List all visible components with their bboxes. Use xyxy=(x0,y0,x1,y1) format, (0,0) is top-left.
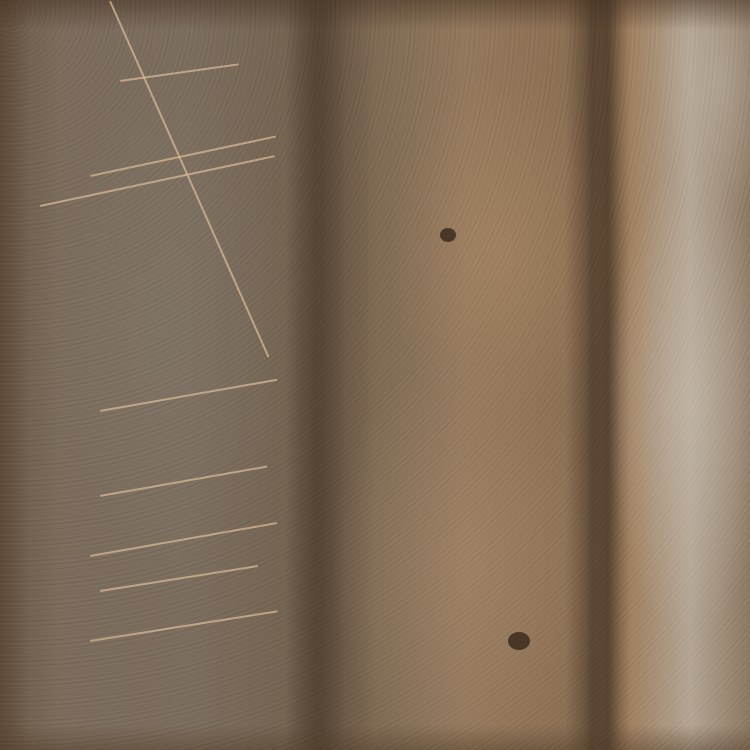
grain-overlay xyxy=(0,0,750,750)
stone-texture xyxy=(0,0,750,750)
